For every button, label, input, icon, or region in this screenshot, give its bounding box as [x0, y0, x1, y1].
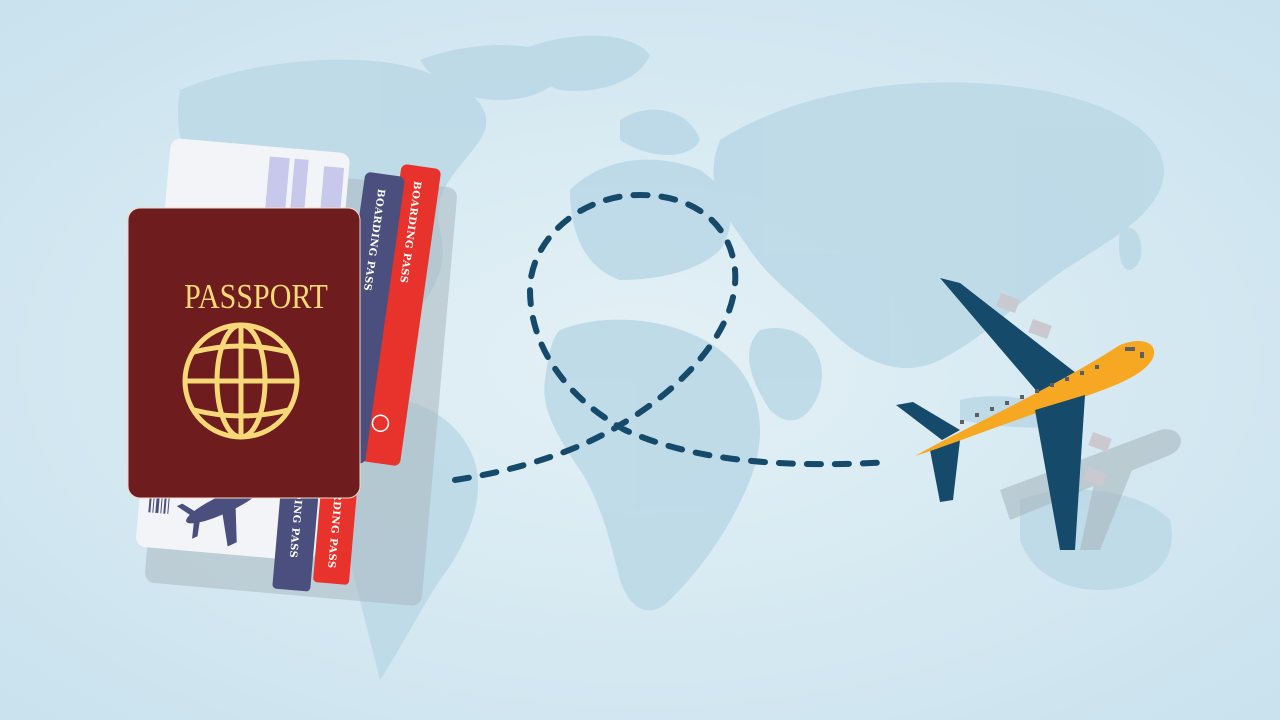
globe-icon: [185, 325, 297, 437]
passport: PASSPORT: [128, 208, 360, 498]
passport-title: PASSPORT: [184, 277, 328, 315]
documents-group: BOARDING PASS BOARDING PASS BOARDING PAS…: [128, 138, 458, 607]
travel-illustration: BOARDING PASS BOARDING PASS BOARDING PAS…: [0, 0, 1280, 720]
